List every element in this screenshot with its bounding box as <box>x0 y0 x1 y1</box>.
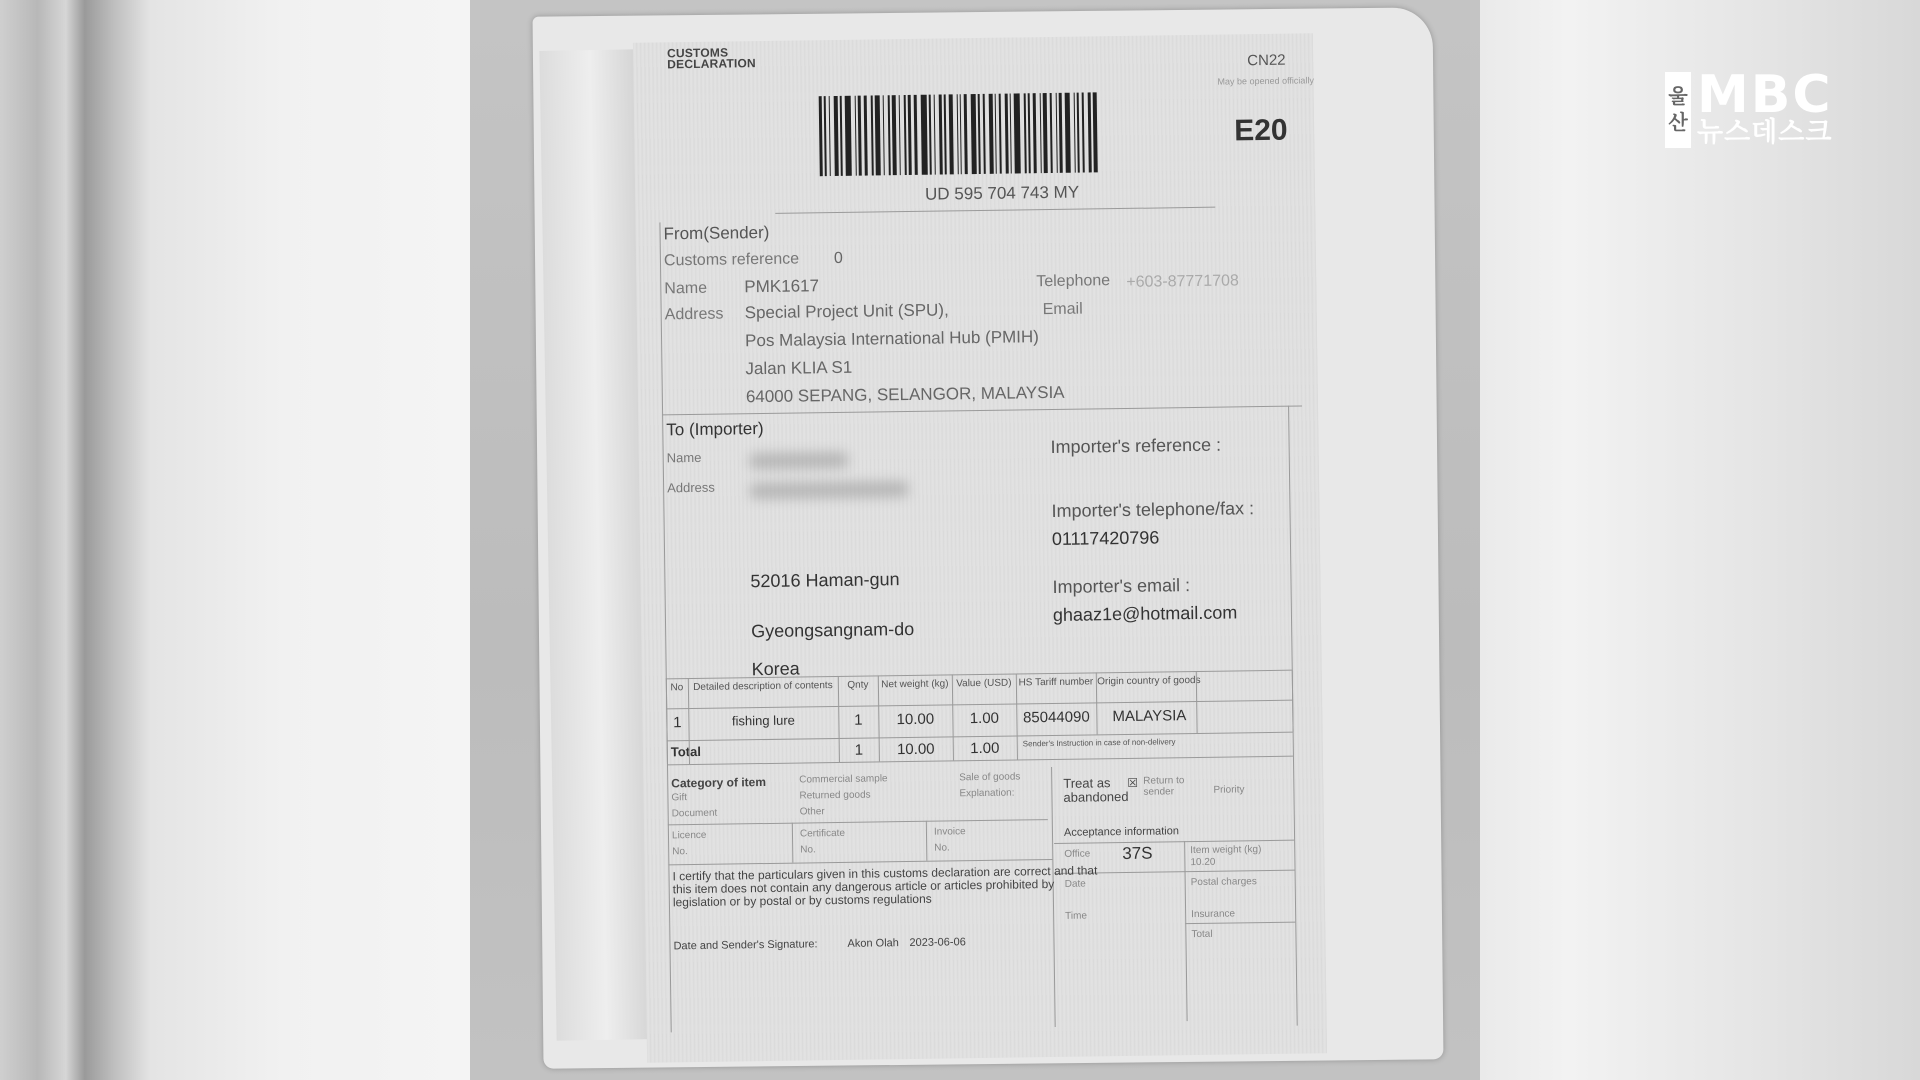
table-total-label: Total <box>671 744 701 759</box>
barcode-bar <box>957 94 959 174</box>
logo-region-char-2: 산 <box>1668 110 1687 136</box>
importer-address-label: Address <box>667 480 715 496</box>
logo-brand: MBC <box>1697 72 1833 118</box>
total-label: Total <box>1191 929 1212 940</box>
sender-address-label: Address <box>665 306 724 325</box>
barcode-bar <box>1077 93 1080 173</box>
barcode-bar <box>1010 94 1012 174</box>
insurance-label: Insurance <box>1191 908 1235 920</box>
barcode-bar <box>892 95 897 175</box>
barcode-bar <box>989 94 994 174</box>
barcode-bar <box>908 95 912 175</box>
barcode <box>819 91 1190 176</box>
table-header: Detailed description of contents <box>688 680 838 693</box>
certificate-no-label: No. <box>800 844 816 855</box>
divider <box>668 819 1048 825</box>
importer-telephone-label: Importer's telephone/fax : <box>1051 498 1254 522</box>
table-total-weight: 10.00 <box>879 740 953 758</box>
barcode-bar <box>929 95 932 175</box>
importer-telephone: 01117420796 <box>1052 527 1160 549</box>
licence-no-label: No. <box>672 846 688 857</box>
barcode-bar <box>1014 93 1021 173</box>
barcode-bar <box>964 94 968 174</box>
importer-address-line-1: 52016 Haman-gun <box>750 569 899 592</box>
table-cell: 1 <box>666 714 688 731</box>
office-label: Office <box>1064 848 1090 859</box>
logo-text: MBC 뉴스데스크 <box>1697 72 1833 148</box>
barcode-bar <box>819 96 823 176</box>
logo-region-char-1: 울 <box>1668 84 1687 110</box>
barcode-bar <box>1088 92 1092 172</box>
logo-program: 뉴스데스크 <box>1697 118 1833 148</box>
table-header: Value (USD) <box>952 678 1016 690</box>
importer-email: ghaaz1e@hotmail.com <box>1053 602 1238 626</box>
barcode-bar <box>871 95 874 175</box>
table-rule <box>667 756 1293 766</box>
redacted-name <box>749 452 849 469</box>
divider <box>1184 841 1188 1021</box>
form-title-line2: DECLARATION <box>667 58 756 70</box>
time-label: Time <box>1065 911 1087 922</box>
barcode-bar <box>921 95 928 175</box>
barcode-bar <box>944 94 947 174</box>
barcode-bar <box>978 94 981 174</box>
barcode-bar <box>864 96 868 176</box>
importer-heading: To (Importer) <box>666 419 764 440</box>
barcode-bar <box>1065 93 1071 173</box>
barcode-bar <box>824 96 827 176</box>
divider <box>1185 922 1295 925</box>
barcode-bar <box>1059 93 1063 173</box>
barcode-bar <box>960 94 962 174</box>
barcode-bar <box>888 95 891 175</box>
barcode-bar <box>1056 93 1058 173</box>
background-wall-left <box>0 0 470 1080</box>
importer-reference-label: Importer's reference : <box>1050 435 1221 458</box>
redacted-address <box>749 481 909 499</box>
barcode-bar <box>983 94 986 174</box>
barcode-bar <box>1082 93 1085 173</box>
form-title: CUSTOMS DECLARATION <box>667 47 756 70</box>
category-option-document: Document <box>672 808 718 820</box>
table-cell: 1.00 <box>952 710 1016 728</box>
table-total-qty: 1 <box>839 741 879 759</box>
divider <box>775 207 1215 214</box>
sender-name-label: Name <box>664 280 707 299</box>
sender-heading: From(Sender) <box>663 223 769 244</box>
importer-email-label: Importer's email : <box>1052 575 1190 598</box>
category-option-other: Other <box>800 806 825 817</box>
form-left-border <box>659 222 671 1032</box>
barcode-bar <box>1093 92 1098 172</box>
invoice-no-label: No. <box>934 842 950 853</box>
barcode-bar <box>845 96 852 176</box>
mbc-newsdesk-logo: 울 산 MBC 뉴스데스크 <box>1665 72 1833 148</box>
divider <box>926 821 928 861</box>
importer-name-label: Name <box>667 450 702 465</box>
certification-text: I certify that the particulars given in … <box>672 864 1103 909</box>
priority-label: Priority <box>1213 784 1244 795</box>
barcode-bar <box>1040 93 1042 173</box>
barcode-bar <box>858 96 862 176</box>
table-header: Origin country of goods <box>1096 675 1202 687</box>
table-header: HS Tariff number <box>1016 676 1096 688</box>
table-header: Net weight (kg) <box>878 678 952 690</box>
category-option-sale: Sale of goods <box>959 771 1020 783</box>
barcode-bar <box>1050 93 1053 173</box>
barcode-bar <box>999 94 1002 174</box>
treat-as-abandoned-checkbox[interactable]: ☒ <box>1127 776 1138 790</box>
office-value: 37S <box>1122 844 1153 864</box>
acceptance-heading: Acceptance information <box>1064 825 1179 839</box>
sender-address-line-3: Jalan KLIA S1 <box>745 358 852 379</box>
form-right-border <box>1288 406 1298 1026</box>
barcode-bar <box>883 95 885 175</box>
table-header: No <box>666 682 688 693</box>
barcode-bar <box>1024 93 1027 173</box>
licence-label: Licence <box>672 830 707 841</box>
barcode-bar <box>1043 93 1048 173</box>
barcode-bar <box>1028 93 1031 173</box>
barcode-bar <box>939 94 943 174</box>
barcode-bar <box>840 96 843 176</box>
barcode-bar <box>949 94 954 174</box>
table-cell: 1 <box>838 711 878 729</box>
certificate-label: Certificate <box>800 828 845 840</box>
category-option-returned: Returned goods <box>799 790 870 802</box>
table-cell: fishing lure <box>688 712 838 729</box>
sender-telephone-label: Telephone <box>1036 272 1110 291</box>
barcode-bar <box>875 95 881 175</box>
sender-instruction-label: Sender's Instruction in case of non-deli… <box>1023 737 1176 748</box>
sender-name: PMK1617 <box>744 276 819 297</box>
barcode-bar <box>904 95 907 175</box>
divider <box>792 823 794 863</box>
sender-telephone: +603-87771708 <box>1126 272 1239 292</box>
sender-address-line-1: Special Project Unit (SPU), <box>745 300 949 323</box>
category-option-commercial: Commercial sample <box>799 773 888 785</box>
barcode-bar <box>834 96 839 176</box>
barcode-bar <box>1074 93 1076 173</box>
item-weight-label: Item weight (kg) <box>1190 844 1261 856</box>
form-code: CN22 <box>1247 52 1286 70</box>
item-weight-value: 10.20 <box>1190 857 1215 868</box>
category-label: Category of item <box>671 775 766 790</box>
sender-address-line-2: Pos Malaysia International Hub (PMIH) <box>745 327 1039 351</box>
table-cell: MALAYSIA <box>1096 707 1202 725</box>
customs-reference-value: 0 <box>834 250 843 268</box>
category-explanation: Explanation: <box>959 788 1014 800</box>
signature-date: 2023-06-06 <box>909 936 965 949</box>
barcode-bar <box>934 95 936 175</box>
barcode-bar <box>899 95 901 175</box>
service-code: E20 <box>1234 114 1288 149</box>
return-to-sender-label: Return to sender <box>1143 775 1203 798</box>
table-total-value: 1.00 <box>953 740 1017 758</box>
table-header: Qnty <box>838 679 878 691</box>
barcode-bar <box>1033 93 1037 173</box>
category-option-gift: Gift <box>671 792 687 803</box>
logo-region-badge: 울 산 <box>1665 72 1691 148</box>
customs-declaration-form: CUSTOMS DECLARATION CN22 May be opened o… <box>633 33 1327 1062</box>
invoice-label: Invoice <box>934 826 966 837</box>
importer-address-line-2: Gyeongsangnam-do <box>751 619 914 642</box>
barcode-bar <box>855 96 857 176</box>
background-wall-right <box>1480 0 1920 1080</box>
treat-as-abandoned-label: Treat as abandoned <box>1063 776 1123 805</box>
table-cell: 85044090 <box>1016 708 1096 726</box>
barcode-bar <box>829 96 831 176</box>
signature-label: Date and Sender's Signature: <box>673 938 817 952</box>
barcode-bar <box>1005 94 1009 174</box>
tracking-number: UD 595 704 743 MY <box>925 183 1079 205</box>
table-cell: 10.00 <box>878 710 952 728</box>
customs-reference-label: Customs reference <box>664 250 799 270</box>
form-subtitle: May be opened officially <box>1217 75 1314 86</box>
sender-email-label: Email <box>1043 301 1083 320</box>
barcode-bar <box>971 94 977 174</box>
sender-address-line-4: 64000 SEPANG, SELANGOR, MALAYSIA <box>746 383 1065 407</box>
barcode-bar <box>914 95 918 175</box>
postal-charges-label: Postal charges <box>1191 876 1257 888</box>
signature: Akon Olah <box>847 937 899 950</box>
barcode-bar <box>995 94 997 174</box>
